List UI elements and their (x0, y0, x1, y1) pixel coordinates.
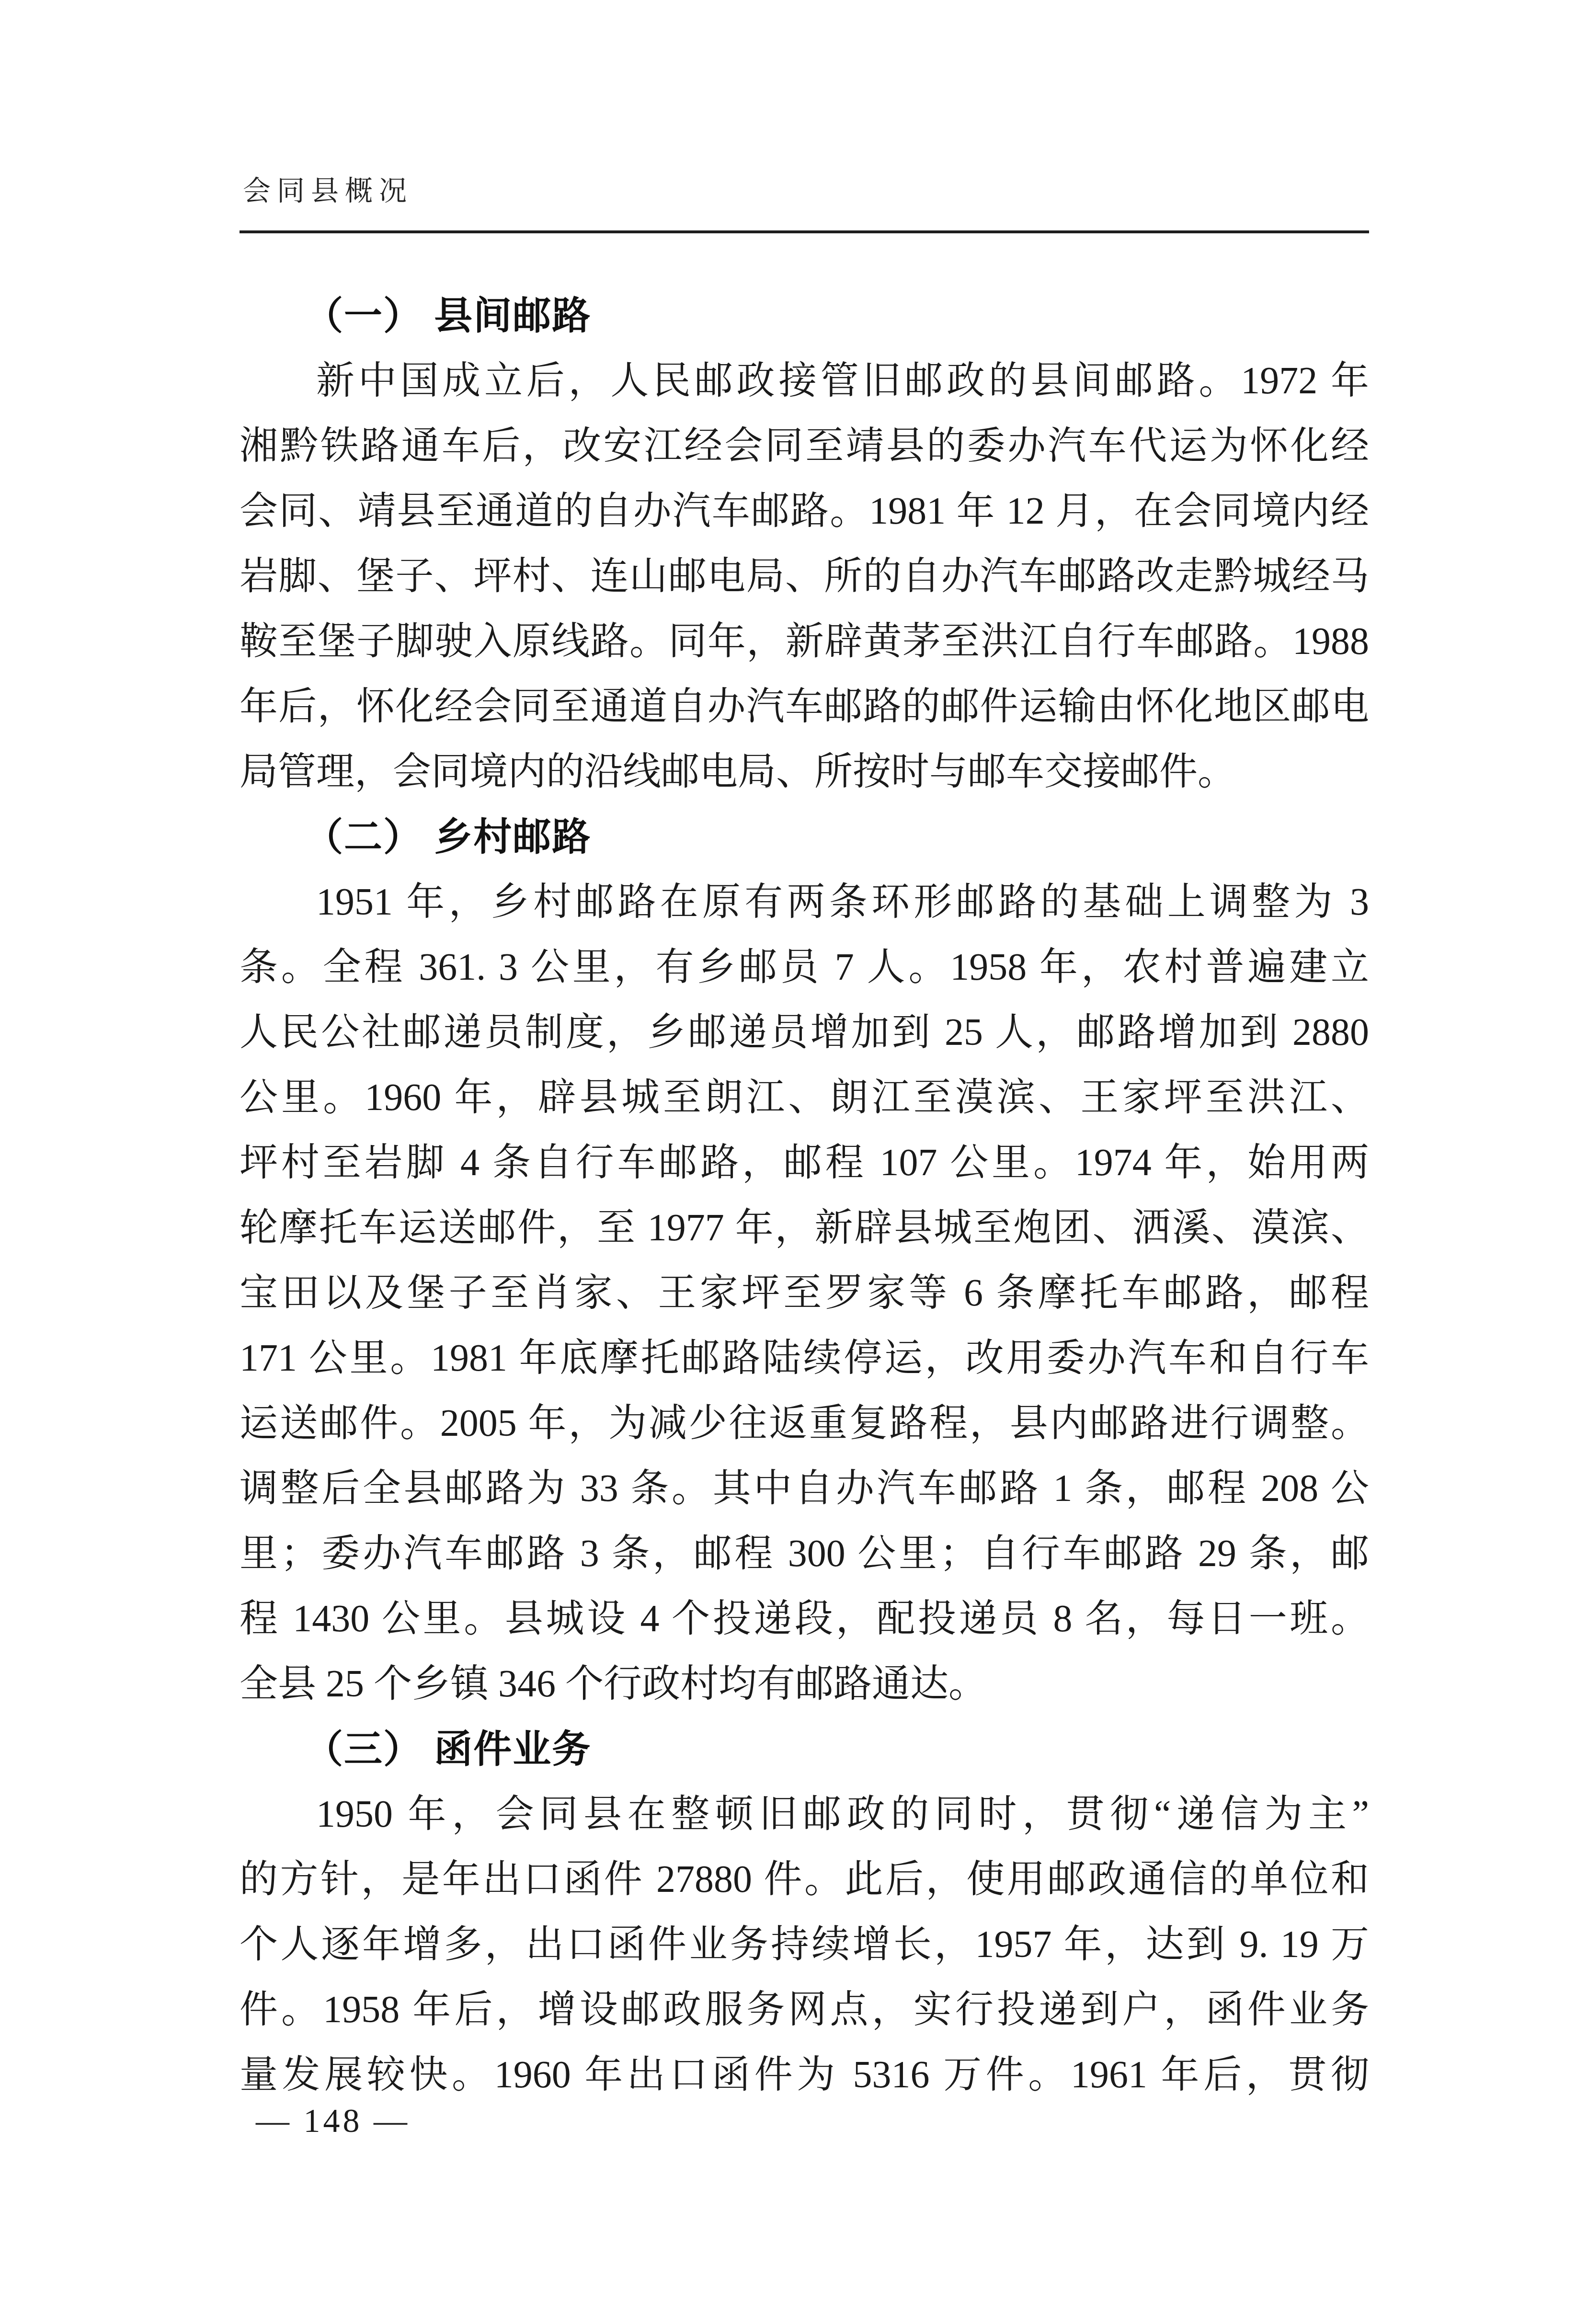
text-line: 的方针，是年出口函件 27880 件。此后，使用邮政通信的单位和 (240, 1847, 1369, 1912)
page-footer: — 148 — (256, 2102, 410, 2141)
text-line: 量发展较快。1960 年出口函件为 5316 万件。1961 年后，贯彻 (240, 2042, 1369, 2107)
text-line: 湘黔铁路通车后，改安江经会同至靖县的委办汽车代运为怀化经 (240, 413, 1369, 479)
text-line: 公里。1960 年，辟县城至朗江、朗江至漠滨、王家坪至洪江、 (240, 1065, 1369, 1130)
page-root: 会同县概况 （一） 县间邮路新中国成立后，人民邮政接管旧邮政的县间邮路。1972… (0, 0, 1576, 2324)
text-line: 条。全程 361. 3 公里，有乡邮员 7 人。1958 年，农村普遍建立 (240, 935, 1369, 1000)
text-line: 轮摩托车运送邮件，至 1977 年，新辟县城至炮团、洒溪、漠滨、 (240, 1195, 1369, 1260)
text-line: 鞍至堡子脚驶入原线路。同年，新辟黄茅至洪江自行车邮路。1988 (240, 609, 1369, 674)
text-line: 新中国成立后，人民邮政接管旧邮政的县间邮路。1972 年 (240, 348, 1369, 413)
text-line: 局管理，会同境内的沿线邮电局、所按时与邮车交接邮件。 (240, 739, 1369, 804)
text-line: 运送邮件。2005 年，为减少往返重复路程，县内邮路进行调整。 (240, 1391, 1369, 1456)
text-line: 会同、靖县至通道的自办汽车邮路。1981 年 12 月，在会同境内经 (240, 479, 1369, 544)
running-header: 会同县概况 (243, 172, 413, 211)
text-line: 宝田以及堡子至肖家、王家坪至罗家等 6 条摩托车邮路，邮程 (240, 1260, 1369, 1326)
text-line: 1951 年，乡村邮路在原有两条环形邮路的基础上调整为 3 (240, 870, 1369, 935)
header-rule-divider (240, 230, 1369, 233)
text-line: 人民公社邮递员制度，乡邮递员增加到 25 人，邮路增加到 2880 (240, 1000, 1369, 1065)
text-line: 171 公里。1981 年底摩托邮路陆续停运，改用委办汽车和自行车 (240, 1326, 1369, 1391)
section-heading: （一） 县间邮路 (240, 283, 1369, 348)
section-heading: （二） 乡村邮路 (240, 804, 1369, 870)
text-line: 里；委办汽车邮路 3 条，邮程 300 公里；自行车邮路 29 条，邮 (240, 1521, 1369, 1586)
section-heading: （三） 函件业务 (240, 1717, 1369, 1782)
text-line: 个人逐年增多，出口函件业务持续增长，1957 年，达到 9. 19 万 (240, 1912, 1369, 1977)
text-line: 全县 25 个乡镇 346 个行政村均有邮路通达。 (240, 1651, 1369, 1717)
text-line: 程 1430 公里。县城设 4 个投递段，配投递员 8 名，每日一班。 (240, 1586, 1369, 1651)
text-line: 岩脚、堡子、坪村、连山邮电局、所的自办汽车邮路改走黔城经马 (240, 544, 1369, 609)
text-line: 年后，怀化经会同至通道自办汽车邮路的邮件运输由怀化地区邮电 (240, 674, 1369, 739)
text-line: 件。1958 年后，增设邮政服务网点，实行投递到户，函件业务 (240, 1977, 1369, 2042)
text-line: 1950 年，会同县在整顿旧邮政的同时，贯彻“递信为主” (240, 1782, 1369, 1847)
text-line: 坪村至岩脚 4 条自行车邮路，邮程 107 公里。1974 年，始用两 (240, 1130, 1369, 1195)
body-column: （一） 县间邮路新中国成立后，人民邮政接管旧邮政的县间邮路。1972 年湘黔铁路… (240, 283, 1369, 2107)
text-line: 调整后全县邮路为 33 条。其中自办汽车邮路 1 条，邮程 208 公 (240, 1456, 1369, 1521)
